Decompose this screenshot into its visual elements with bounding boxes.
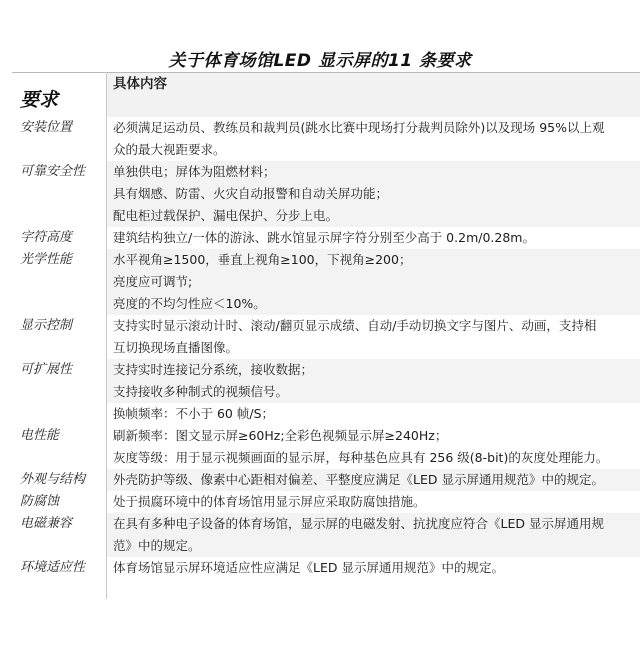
requirement-label-text: 电性能 [20,425,106,447]
requirement-label-text: 字符高度 [20,227,106,249]
requirement-label: 字符高度 [12,227,106,249]
header-content: 具体内容 [113,73,634,97]
content-line: 亮度的不均匀性应＜10%。 [113,293,634,315]
content-line: 体育场馆显示屏环境适应性应满足《LED 显示屏通用规范》中的规定。 [113,557,634,579]
content-line: 在具有多种电子设备的体育场馆，显示屏的电磁发射、抗扰度应符合《LED 显示屏通用… [113,513,634,535]
requirement-label-text: 可靠安全性 [20,161,106,183]
content-line: 换帧频率：不小于 60 帧/S； [113,403,634,425]
requirement-label: 防腐蚀 [12,491,106,513]
header-requirement: 要求 [12,73,106,117]
content-line: 建筑结构独立/一体的游泳、跳水馆显示屏字符分别至少高于 0.2m/0.28m。 [113,227,634,249]
requirement-label-text: 安装位置 [20,117,106,139]
content-line: 众的最大视距要求。 [113,139,634,161]
requirement-content: 在具有多种电子设备的体育场馆，显示屏的电磁发射、抗扰度应符合《LED 显示屏通用… [106,513,640,557]
content-line: 具有烟感、防雷、火灾自动报警和自动关屏功能； [113,183,634,205]
requirement-label-text: 可扩展性 [20,359,106,381]
requirement-label: 可扩展性 [12,359,106,403]
content-line: 支持实时连接记分系统，接收数据； [113,359,634,381]
content-line: 单独供电；屏体为阻燃材料； [113,161,634,183]
requirement-label: 电磁兼容 [12,513,106,557]
content-line: 外壳防护等级、像素中心距相对偏差、平整度应满足《LED 显示屏通用规范》中的规定… [113,469,634,491]
content-line: 范》中的规定。 [113,535,634,557]
requirement-content: 处于损腐环境中的体育场馆用显示屏应采取防腐蚀措施。 [106,491,640,513]
content-line: 支持接收多种制式的视频信号。 [113,381,634,403]
requirement-label-text: 外观与结构 [20,469,106,491]
content-line: 处于损腐环境中的体育场馆用显示屏应采取防腐蚀措施。 [113,491,634,513]
content-line: 水平视角≥1500，垂直上视角≥100，下视角≥200； [113,249,634,271]
content-line: 灰度等级：用于显示视频画面的显示屏，每种基色应具有 256 级(8-bit)的灰… [113,447,634,469]
requirement-label-text: 电磁兼容 [20,513,106,535]
requirement-label: 环境适应性 [12,557,106,579]
requirement-label-text: 防腐蚀 [20,491,106,513]
requirement-label-text: 显示控制 [20,315,106,337]
content-line: 必须满足运动员、教练员和裁判员(跳水比赛中现场打分裁判员除外)以及现场 95%以… [113,117,634,139]
column-divider [106,72,107,599]
content-line: 支持实时显示滚动计时、滚动/翻页显示成绩、自动/手动切换文字与图片、动画，支持相 [113,315,634,337]
header-content-cell: 具体内容 [106,73,640,117]
requirement-label-text: 光学性能 [20,249,106,271]
content-line: 刷新频率：图文显示屏≥60Hz;全彩色视频显示屏≥240Hz； [113,425,634,447]
requirement-content: 外壳防护等级、像素中心距相对偏差、平整度应满足《LED 显示屏通用规范》中的规定… [106,469,640,491]
requirement-label: 显示控制 [12,315,106,359]
requirement-content: 建筑结构独立/一体的游泳、跳水馆显示屏字符分别至少高于 0.2m/0.28m。 [106,227,640,249]
requirement-label: 可靠安全性 [12,161,106,227]
requirement-label: 安装位置 [12,117,106,161]
requirement-content: 必须满足运动员、教练员和裁判员(跳水比赛中现场打分裁判员除外)以及现场 95%以… [106,117,640,161]
requirement-content: 支持实时显示滚动计时、滚动/翻页显示成绩、自动/手动切换文字与图片、动画，支持相… [106,315,640,359]
requirement-content: 换帧频率：不小于 60 帧/S；刷新频率：图文显示屏≥60Hz;全彩色视频显示屏… [106,403,640,469]
requirement-label: 外观与结构 [12,469,106,491]
requirement-content: 支持实时连接记分系统，接收数据；支持接收多种制式的视频信号。 [106,359,640,403]
requirement-content: 水平视角≥1500，垂直上视角≥100，下视角≥200；亮度应可调节;亮度的不均… [106,249,640,315]
requirement-content: 体育场馆显示屏环境适应性应满足《LED 显示屏通用规范》中的规定。 [106,557,640,579]
requirement-label: 电性能 [12,403,106,469]
requirement-label-text: 环境适应性 [20,557,106,579]
content-line: 互切换现场直播图像。 [113,337,634,359]
content-line: 亮度应可调节; [113,271,634,293]
requirement-content: 单独供电；屏体为阻燃材料；具有烟感、防雷、火灾自动报警和自动关屏功能；配电柜过载… [106,161,640,227]
requirement-label: 光学性能 [12,249,106,315]
content-line: 配电柜过载保护、漏电保护、分步上电。 [113,205,634,227]
document-title: 关于体育场馆LED 显示屏的11 条要求 [0,46,640,71]
